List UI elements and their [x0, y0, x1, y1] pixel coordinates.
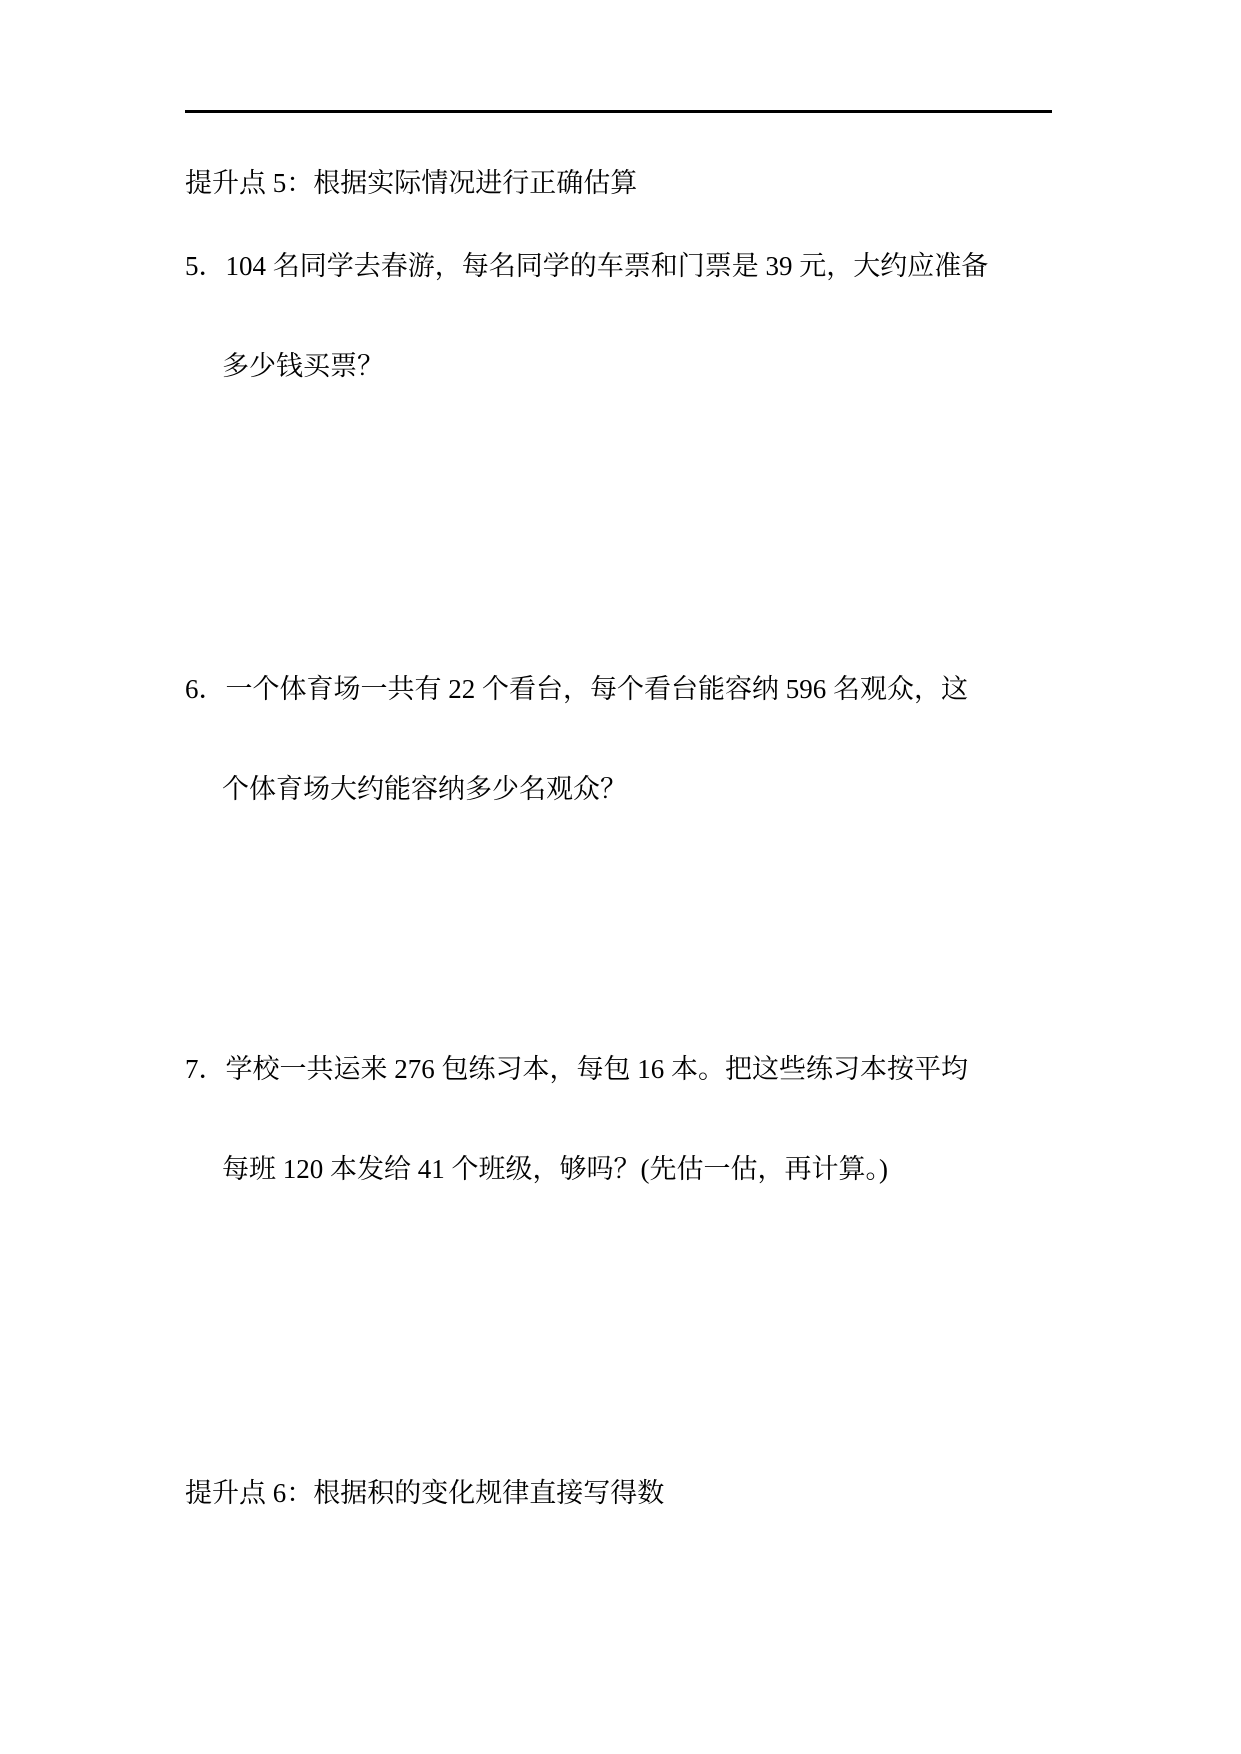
question-6-line-2: 个体育场大约能容纳多少名观众？	[222, 773, 627, 805]
question-7-line-2: 每班 120 本发给 41 个班级，够吗？(先估一估，再计算。)	[222, 1153, 888, 1185]
header-rule	[185, 110, 1052, 113]
section-title-6: 提升点 6：根据积的变化规律直接写得数	[185, 1477, 664, 1509]
question-5-line-1: 5．104 名同学去春游，每名同学的车票和门票是 39 元，大约应准备	[185, 250, 988, 282]
question-5-text-1: 104 名同学去春游，每名同学的车票和门票是 39 元，大约应准备	[226, 251, 989, 281]
question-5-number: 5．	[185, 251, 226, 281]
section-title-5: 提升点 5：根据实际情况进行正确估算	[185, 167, 637, 199]
question-7-line-1: 7．学校一共运来 276 包练习本，每包 16 本。把这些练习本按平均	[185, 1053, 968, 1085]
question-7-number: 7．	[185, 1054, 226, 1084]
question-6-line-1: 6．一个体育场一共有 22 个看台，每个看台能容纳 596 名观众，这	[185, 673, 968, 705]
question-6-number: 6．	[185, 674, 226, 704]
question-5-line-2: 多少钱买票？	[222, 350, 384, 382]
question-7-text-1: 学校一共运来 276 包练习本，每包 16 本。把这些练习本按平均	[226, 1054, 969, 1084]
question-6-text-1: 一个体育场一共有 22 个看台，每个看台能容纳 596 名观众，这	[226, 674, 969, 704]
